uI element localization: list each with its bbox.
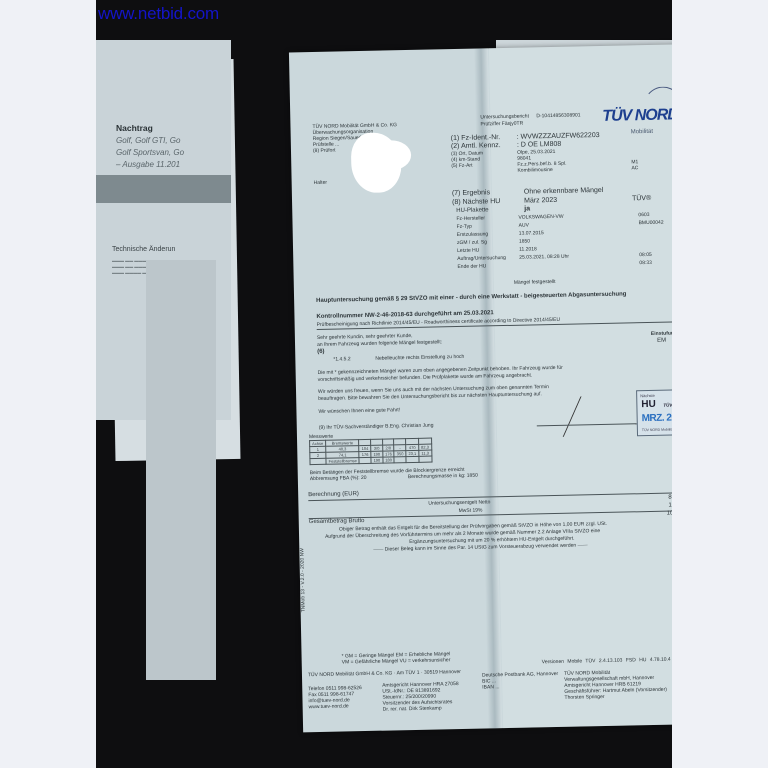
table-cell — [419, 456, 432, 462]
footer-col3: Deutsche Postbank AG, HannoverBIC ...IBA… — [482, 671, 559, 691]
paragraph: Wir wünschen Ihnen eine gute Fahrt! — [318, 407, 400, 415]
detail-label: Erstzulassung — [457, 231, 489, 238]
cost-value: 85,52 — [668, 494, 672, 500]
version-item: Versionen — [542, 659, 568, 666]
next-hu-label: (8) Nächste HU — [452, 198, 500, 206]
plakette-label: HU-Plakette — [456, 207, 488, 214]
field-label: (1) Fz-Ident.-Nr. — [451, 134, 501, 142]
footer-line: www.tuev-nord.de — [309, 703, 363, 710]
plakette-value: ja — [524, 205, 530, 212]
messwerte-table: AchseBremswerte140,31043/02/0-47082,3274… — [309, 438, 432, 466]
detail-label: Ende der HU — [457, 263, 486, 270]
legend-line: VM = Gefährliche Mängel VU = verkehrsuns… — [342, 657, 451, 665]
fba-line: Abbremsung FBA (%): 20 — [310, 475, 367, 482]
next-hu-value: März 2023 — [524, 197, 557, 205]
version-item: Mobile TÜV 2.4.13.103 — [567, 658, 626, 665]
footer-line: Dr. rer. nat. Dirk Stenkamp — [383, 705, 460, 713]
detail-label: Fz-Typ — [457, 224, 472, 230]
footer-col1: Telefon 0511 998-62526Fax 0511 998-61747… — [308, 685, 362, 710]
detail-value: 1850 — [519, 238, 530, 244]
nachtrag-line: Golf, Golf GTI, Go — [116, 136, 180, 145]
detail-code: 08:33 — [639, 260, 652, 266]
table-cell — [310, 458, 326, 464]
defect-text: Nebelleuchte rechts Einstellung zu hoch — [375, 354, 464, 362]
divider-band — [96, 175, 231, 203]
pruefer-label: Prüfziffer Fäsjy0TR — [480, 121, 523, 128]
detail-value: 13.07.2015 — [519, 230, 544, 237]
field-value: : D OE LM808 — [517, 141, 561, 149]
vehicle-fields: (1) Fz-Ident.-Nr.: WVWZZZAUZFW622203(2) … — [451, 135, 452, 175]
section-6: (6) — [317, 349, 324, 355]
redaction-blob — [371, 140, 412, 171]
detail-code: 0603 — [638, 212, 649, 218]
detail-label: Auftrag/Untersuchung — [457, 255, 506, 262]
logo-subtitle: Mobilität — [631, 129, 653, 135]
cost-label: Untersuchungsentgelt Netto — [428, 499, 490, 506]
field-value: Kombilimousine — [517, 167, 552, 174]
halter-label: Halter — [314, 180, 327, 186]
sticker-date: MRZ. 2023 — [642, 412, 672, 424]
nachtrag-line: Golf Sportsvan, Go — [116, 148, 184, 157]
table-cell: 180 — [383, 457, 395, 463]
tech-title: Technische Änderun — [112, 246, 175, 253]
table-cell — [394, 457, 406, 463]
berechnung-label: Berechnung (EUR) — [308, 491, 359, 498]
table-row: Feststellbremse190180 — [310, 456, 432, 465]
background-sheet — [146, 260, 216, 680]
report-label: Untersuchungsbericht — [480, 113, 529, 120]
nachtrag-line: – Ausgabe 11.201 — [116, 160, 180, 169]
vehicle-details: Fz-HerstellerVOLKSWAGEN-VW0603Fz-TypAUVB… — [456, 216, 457, 272]
table-cell: 190 — [371, 457, 383, 463]
field-label: (5) Fz-Art — [451, 163, 472, 169]
detail-value: 11.2018 — [519, 246, 537, 252]
sticker-bottom: TÜV NORD Mobilität — [642, 427, 672, 432]
detail-label: zGM / zul. Sg — [457, 239, 487, 246]
inspector: (9) Ihr TÜV-Sachverständiger B.Eng. Chri… — [319, 423, 434, 431]
table-cell — [406, 456, 419, 462]
watermark: www.netbid.com — [98, 4, 219, 24]
report-number: D-10414856308901 — [536, 112, 580, 119]
detail-value: 25.03.2021, 08:28 Uhr — [519, 254, 569, 261]
inspection-report: TÜV NORD Mobilität GmbH & Co. KG Überwac… — [289, 44, 672, 733]
nachtrag-title: Nachtrag — [116, 123, 153, 133]
cost-label: MwSt 19% — [459, 508, 483, 514]
side-code: TNMob 13 - V.2.0 - 2020 NW — [299, 548, 306, 612]
sticker-brand: TÜV NORD — [663, 402, 672, 407]
cost-value: 16,25 — [668, 502, 672, 508]
defect-code: *1.4.5.2 — [333, 356, 350, 362]
ergebnis-label: (7) Ergebnis — [452, 189, 490, 197]
tuev-mark: TÜV® — [632, 195, 651, 202]
version-item: FSD HU 4.78.10.4 — [626, 657, 672, 664]
maengel-note: Mängel festgestellt — [514, 279, 556, 286]
tuev-nord-logo: TÜV NORD — [602, 106, 672, 126]
detail-label: Fz-Hersteller — [456, 215, 485, 222]
field-label: (2) Amtl. Kennz. — [451, 142, 501, 150]
footer-company: TÜV NORD Mobilität GmbH & Co. KG · Am TÜ… — [308, 669, 461, 678]
hu-sticker: Nächste HU TÜV NORD MRZ. 2023 TÜV NORD M… — [636, 389, 672, 436]
masse-line: Berechnungsmasse in kg: 1850 — [408, 473, 478, 480]
footer-col4: TÜV NORD MobilitätVerwaltungsgesellschaf… — [564, 669, 667, 701]
total-label: Gesamtbetrag Brutto — [309, 518, 365, 525]
einstufung-value: EM — [657, 338, 666, 344]
field-extra: AC — [631, 165, 638, 171]
table-cell — [359, 457, 371, 463]
einstufung-label: Einstufung — [651, 330, 672, 337]
photo: Nachtrag Golf, Golf GTI, Go Golf Sportsv… — [96, 0, 672, 768]
sticker-top: Nächste — [640, 393, 655, 398]
detail-code: BMU00042 — [639, 220, 664, 227]
detail-value: VOLKSWAGEN-VW — [518, 214, 563, 221]
greeting2: an Ihrem Fahrzeug wurden folgende Mängel… — [317, 339, 442, 348]
table-cell: Feststellbremse — [326, 458, 359, 465]
nachtrag-block: Nachtrag Golf, Golf GTI, Go Golf Sportsv… — [116, 122, 184, 171]
detail-code: 08:05 — [639, 252, 652, 258]
total-value: 101,77 — [667, 510, 672, 516]
footer-col2: Amtsgericht Hannover HRA 27058USt.-IdNr.… — [382, 681, 459, 713]
detail-value: AUV — [519, 222, 529, 228]
sticker-hu: HU — [641, 399, 656, 410]
detail-label: Letzte HU — [457, 248, 479, 254]
